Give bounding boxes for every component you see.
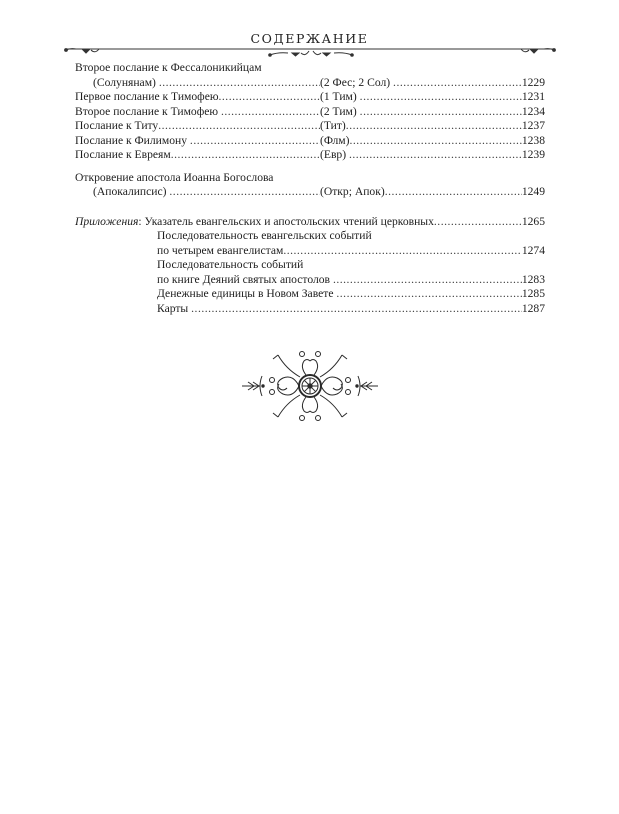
dot-leader xyxy=(221,105,320,120)
dot-leader xyxy=(333,273,522,288)
toc-entry-title: Последовательность событий xyxy=(75,258,545,273)
dot-leader xyxy=(171,148,320,163)
floral-rosette-ornament-icon xyxy=(240,346,380,426)
toc-entry-title: Второе послание к Фессалоникийцам xyxy=(75,61,545,76)
toc-page-number: 1229 xyxy=(522,76,545,91)
toc-entry-title: Откровение апостола Иоанна Богослова xyxy=(75,171,545,186)
appendices-label: Приложения xyxy=(75,215,138,230)
toc-page-number: 1274 xyxy=(522,244,545,259)
dot-leader xyxy=(191,302,522,317)
toc-entry[interactable]: Карты 1287 xyxy=(75,302,545,317)
toc-abbr: (Евр) xyxy=(320,148,346,163)
toc-page-number: 1287 xyxy=(522,302,545,317)
toc-page-number: 1239 xyxy=(522,148,545,163)
table-of-contents: Второе послание к Фессалоникийцам (Солун… xyxy=(75,61,545,316)
toc-entry[interactable]: (Апокалипсис) (Откр; Апок)1249 xyxy=(75,185,545,200)
dot-leader xyxy=(336,287,521,302)
toc-entry[interactable]: Послание к Титу (Тит)1237 xyxy=(75,119,545,134)
toc-entry[interactable]: Первое послание к Тимофею (1 Тим) 1231 xyxy=(75,90,545,105)
toc-page-number: 1231 xyxy=(522,90,545,105)
toc-abbr: (2 Фес; 2 Сол) xyxy=(320,76,390,91)
toc-page-number: 1238 xyxy=(522,134,545,149)
toc-entry[interactable]: Денежные единицы в Новом Завете 1285 xyxy=(75,287,545,302)
toc-abbr: (1 Тим) xyxy=(320,90,357,105)
toc-entry-title: Последовательность евангельских событий xyxy=(75,229,545,244)
toc-abbr: (Флм) xyxy=(320,134,349,149)
dot-leader xyxy=(219,90,321,105)
toc-entry-title-text: Второе послание к Фессалоникийцам xyxy=(75,61,262,76)
toc-entry[interactable]: по книге Деяний святых апостолов 1283 xyxy=(75,273,545,288)
toc-entry[interactable]: Второе послание к Тимофею (2 Тим) 1234 xyxy=(75,105,545,120)
toc-page-number: 1249 xyxy=(522,185,545,200)
toc-entry[interactable]: (Солунянам) (2 Фес; 2 Сол) 1229 xyxy=(75,76,545,91)
toc-entry[interactable]: по четырем евангелистам1274 xyxy=(75,244,545,259)
toc-abbr: (Тит) xyxy=(320,119,346,134)
dot-leader xyxy=(158,119,320,134)
dot-leader xyxy=(190,134,320,149)
toc-page-number: 1237 xyxy=(522,119,545,134)
dot-leader xyxy=(393,76,522,91)
toc-page-number: 1234 xyxy=(522,105,545,120)
dot-leader xyxy=(385,185,522,200)
dot-leader xyxy=(283,244,522,259)
toc-page-number: 1283 xyxy=(522,273,545,288)
dot-leader xyxy=(434,215,522,230)
dot-leader xyxy=(169,185,320,200)
dot-leader xyxy=(159,76,320,91)
toc-entry[interactable]: Послание к Евреям (Евр) 1239 xyxy=(75,148,545,163)
dot-leader xyxy=(360,105,522,120)
toc-entry[interactable]: Приложения: Указатель евангельских и апо… xyxy=(75,215,545,230)
toc-abbr: (Откр; Апок) xyxy=(320,185,385,200)
toc-abbr: (2 Тим) xyxy=(320,105,357,120)
toc-entry[interactable]: Послание к Филимону (Флм)1238 xyxy=(75,134,545,149)
dot-leader xyxy=(349,148,522,163)
flourish-rule-divider xyxy=(0,41,619,61)
toc-page-number: 1285 xyxy=(522,287,545,302)
toc-page-number: 1265 xyxy=(522,215,545,230)
dot-leader xyxy=(349,134,521,149)
dot-leader xyxy=(360,90,522,105)
dot-leader xyxy=(346,119,522,134)
